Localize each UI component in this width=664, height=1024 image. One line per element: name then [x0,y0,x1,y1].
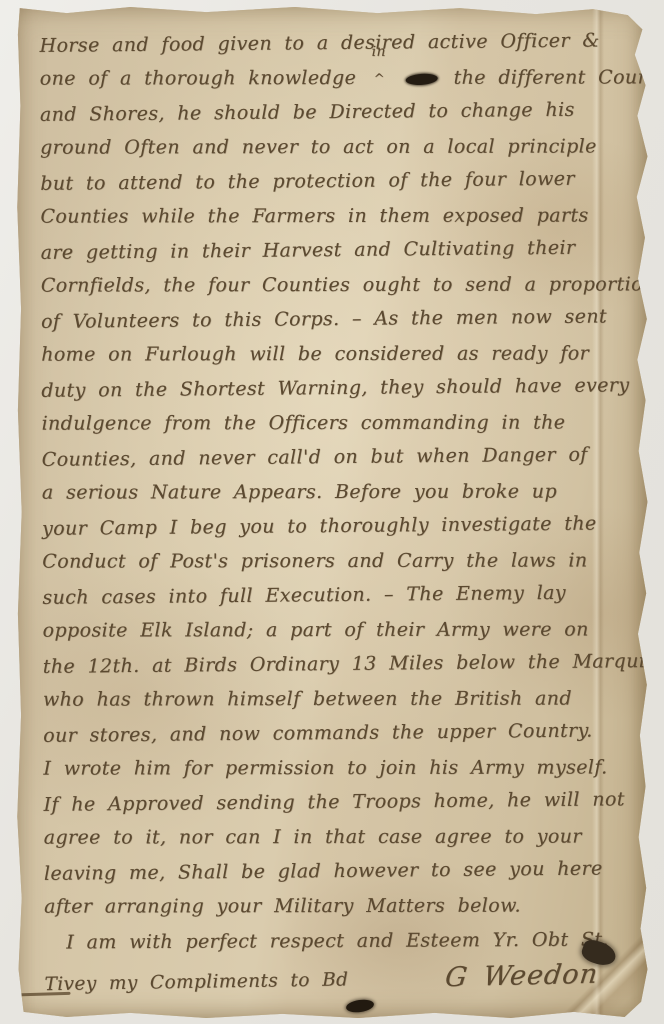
letter-line: Counties, and never call'd on but when D… [42,437,642,477]
letter-line: your Camp I beg you to thoroughly invest… [42,506,642,546]
insertion-mark: in ^ [369,64,391,83]
letter-line-text: one of a thorough knowledge [40,66,357,89]
postscript: Tivey my Compliments to Bd [44,969,348,995]
letter-line: agree to it, nor can I in that case agre… [44,819,644,855]
letter-footer: Tivey my Compliments to Bd G Weedon [44,959,644,993]
letter-line: who has thrown himself between the Briti… [43,681,643,717]
caret-mark: ^ [374,72,385,85]
letter-body: Horse and food given to a desired active… [39,24,644,993]
letter-line: If he Approved sending the Troops home, … [43,782,643,822]
letter-line: home on Furlough will be considered as r… [41,336,641,372]
letter-closing: I am with perfect respect and Esteem Yr.… [44,921,644,960]
letter-line: ground Often and never to act on a local… [40,129,640,165]
letter-line: our stores, and now commands the upper C… [43,713,643,753]
letter-line: Conduct of Post's prisoners and Carry th… [42,543,642,579]
letter-line: Counties while the Farmers in them expos… [40,198,640,234]
letter-line: Horse and food given to a desired active… [39,23,639,63]
letter-line: such cases into full Execution. – The En… [42,575,642,615]
letter-line: duty on the Shortest Warning, they shoul… [41,368,641,408]
letter-line-with-insertion: one of a thorough knowledge in ^ the dif… [40,60,640,96]
letter-line: a serious Nature Appears. Before you bro… [42,474,642,510]
letter-page: Horse and food given to a desired active… [16,4,650,1020]
letter-line: the 12th. at Birds Ordinary 13 Miles bel… [43,644,643,684]
letter-line: opposite Elk Island; a part of their Arm… [43,612,643,648]
letter-line: of Volunteers to this Corps. – As the me… [41,299,641,339]
inserted-word: in [372,44,386,58]
letter-line: I wrote him for permission to join his A… [43,750,643,786]
letter-line-text: the different Counties [454,66,664,88]
letter-line: indulgence from the Officers commanding … [42,405,642,441]
letter-line: and Shores, he should be Directed to cha… [40,92,640,132]
margin-stroke [21,992,71,997]
ink-blot-strikeout [406,72,439,85]
letter-line: after arranging your Military Matters be… [44,888,644,924]
signature: G Weedon [444,958,647,994]
letter-line: Cornfields, the four Counties ought to s… [41,267,641,303]
letter-line: leaving me, Shall be glad however to see… [44,851,644,891]
letter-line: are getting in their Harvest and Cultiva… [40,230,640,270]
ink-smudge [345,998,374,1014]
letter-line: but to attend to the protection of the f… [40,161,640,201]
